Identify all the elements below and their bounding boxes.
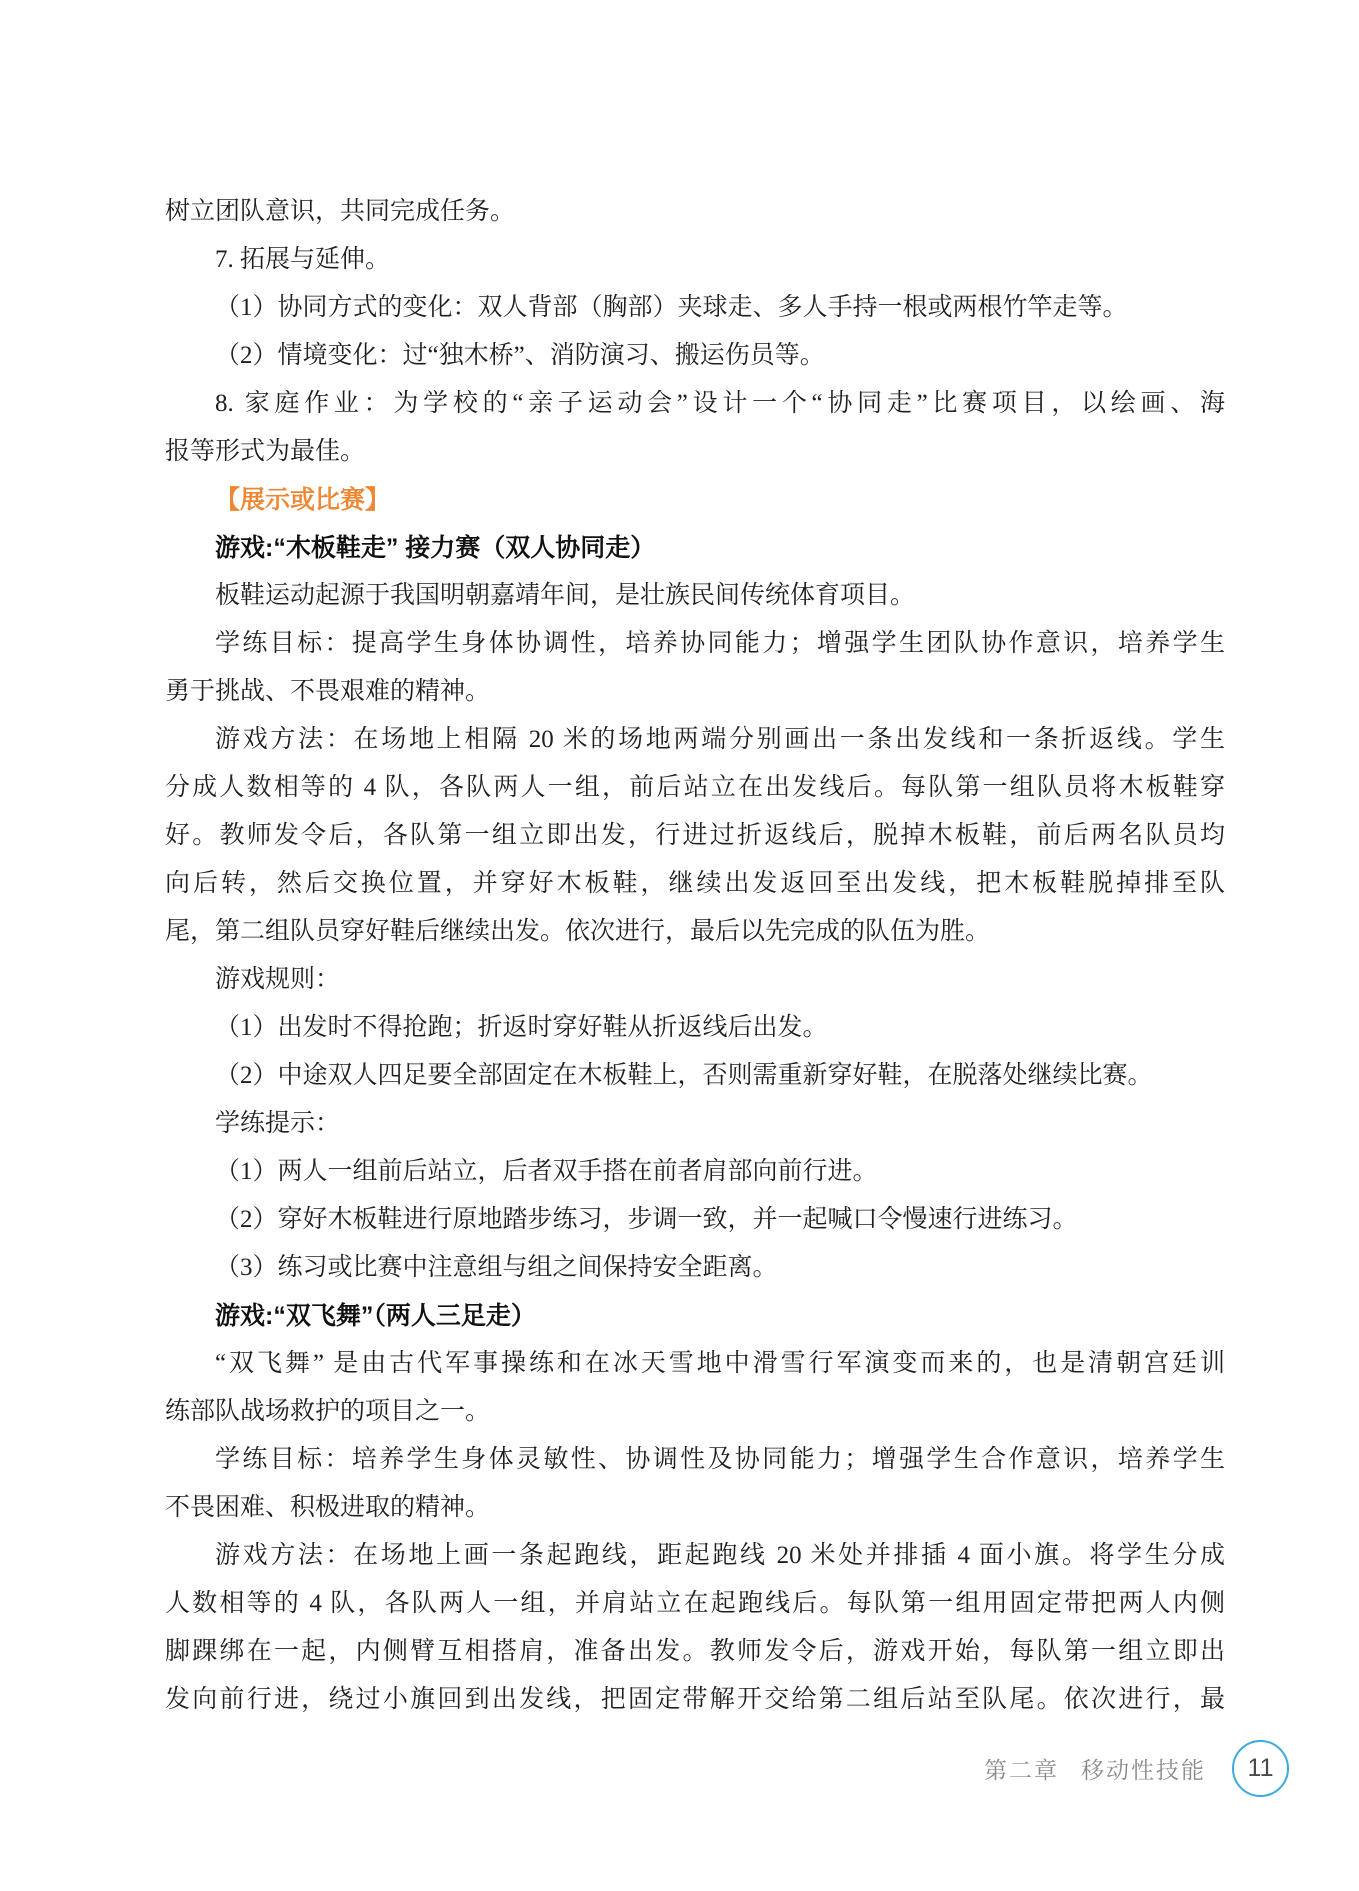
text-line: 树立团队意识，共同完成任务。 (165, 188, 1225, 236)
text-line: （2）中途双人四足要全部固定在木板鞋上，否则需重新穿好鞋，在脱落处继续比赛。 (165, 1052, 1225, 1100)
text-line: 8. 家庭作业：为学校的“亲子运动会”设计一个“协同走”比赛项目，以绘画、海 (165, 380, 1225, 428)
text-line: （2）情境变化：过“独木桥”、消防演习、搬运伤员等。 (165, 332, 1225, 380)
page-footer: 第二章 移动性技能 11 (984, 1740, 1289, 1797)
game-title: 游戏:“双飞舞”（两人三足走） (165, 1292, 1225, 1340)
text-line: 尾，第二组队员穿好鞋后继续出发。依次进行，最后以先完成的队伍为胜。 (165, 908, 1225, 956)
text-line: 游戏方法：在场地上相隔 20 米的场地两端分别画出一条出发线和一条折返线。学生 (165, 716, 1225, 764)
footer-section: 移动性技能 (1081, 1752, 1206, 1785)
text-line: （2）穿好木板鞋进行原地踏步练习，步调一致，并一起喊口令慢速行进练习。 (165, 1196, 1225, 1244)
text-line: 练部队战场救护的项目之一。 (165, 1388, 1225, 1436)
text-line: 向后转，然后交换位置，并穿好木板鞋，继续出发返回至出发线，把木板鞋脱掉排至队 (165, 860, 1225, 908)
page-number-badge: 11 (1232, 1740, 1289, 1797)
text-line: 学练提示： (165, 1100, 1225, 1148)
text-line: 分成人数相等的 4 队，各队两人一组，前后站立在出发线后。每队第一组队员将木板鞋… (165, 764, 1225, 812)
text-line: 勇于挑战、不畏艰难的精神。 (165, 668, 1225, 716)
text-line: 脚踝绑在一起，内侧臂互相搭肩，准备出发。教师发令后，游戏开始，每队第一组立即出 (165, 1628, 1225, 1676)
text-line: 游戏方法：在场地上画一条起跑线，距起跑线 20 米处并排插 4 面小旗。将学生分… (165, 1532, 1225, 1580)
game-title: 游戏:“木板鞋走” 接力赛（双人协同走） (165, 524, 1225, 572)
text-line: 人数相等的 4 队，各队两人一组，并肩站立在起跑线后。每队第一组用固定带把两人内… (165, 1580, 1225, 1628)
text-line: 不畏困难、积极进取的精神。 (165, 1484, 1225, 1532)
text-line: 学练目标：培养学生身体灵敏性、协调性及协同能力；增强学生合作意识，培养学生 (165, 1436, 1225, 1484)
text-line: “双飞舞” 是由古代军事操练和在冰天雪地中滑雪行军演变而来的，也是清朝宫廷训 (165, 1340, 1225, 1388)
text-line: 好。教师发令后，各队第一组立即出发，行进过折返线后，脱掉木板鞋，前后两名队员均 (165, 812, 1225, 860)
text-line: 7. 拓展与延伸。 (165, 236, 1225, 284)
page-number: 11 (1248, 1754, 1274, 1783)
footer-chapter: 第二章 (984, 1752, 1059, 1785)
text-line: （3）练习或比赛中注意组与组之间保持安全距离。 (165, 1244, 1225, 1292)
text-line: 板鞋运动起源于我国明朝嘉靖年间，是壮族民间传统体育项目。 (165, 572, 1225, 620)
document-page: 树立团队意识，共同完成任务。7. 拓展与延伸。（1）协同方式的变化：双人背部（胸… (0, 0, 1359, 1891)
text-line: （1）两人一组前后站立，后者双手搭在前者肩部向前行进。 (165, 1148, 1225, 1196)
text-line: 学练目标：提高学生身体协调性，培养协同能力；增强学生团队协作意识，培养学生 (165, 620, 1225, 668)
text-line: （1）出发时不得抢跑；折返时穿好鞋从折返线后出发。 (165, 1004, 1225, 1052)
text-line: 报等形式为最佳。 (165, 428, 1225, 476)
document-body: 树立团队意识，共同完成任务。7. 拓展与延伸。（1）协同方式的变化：双人背部（胸… (165, 188, 1225, 1724)
text-line: （1）协同方式的变化：双人背部（胸部）夹球走、多人手持一根或两根竹竿走等。 (165, 284, 1225, 332)
text-line: 发向前行进，绕过小旗回到出发线，把固定带解开交给第二组后站至队尾。依次进行，最 (165, 1676, 1225, 1724)
section-heading: 【展示或比赛】 (165, 476, 1225, 524)
text-line: 游戏规则： (165, 956, 1225, 1004)
